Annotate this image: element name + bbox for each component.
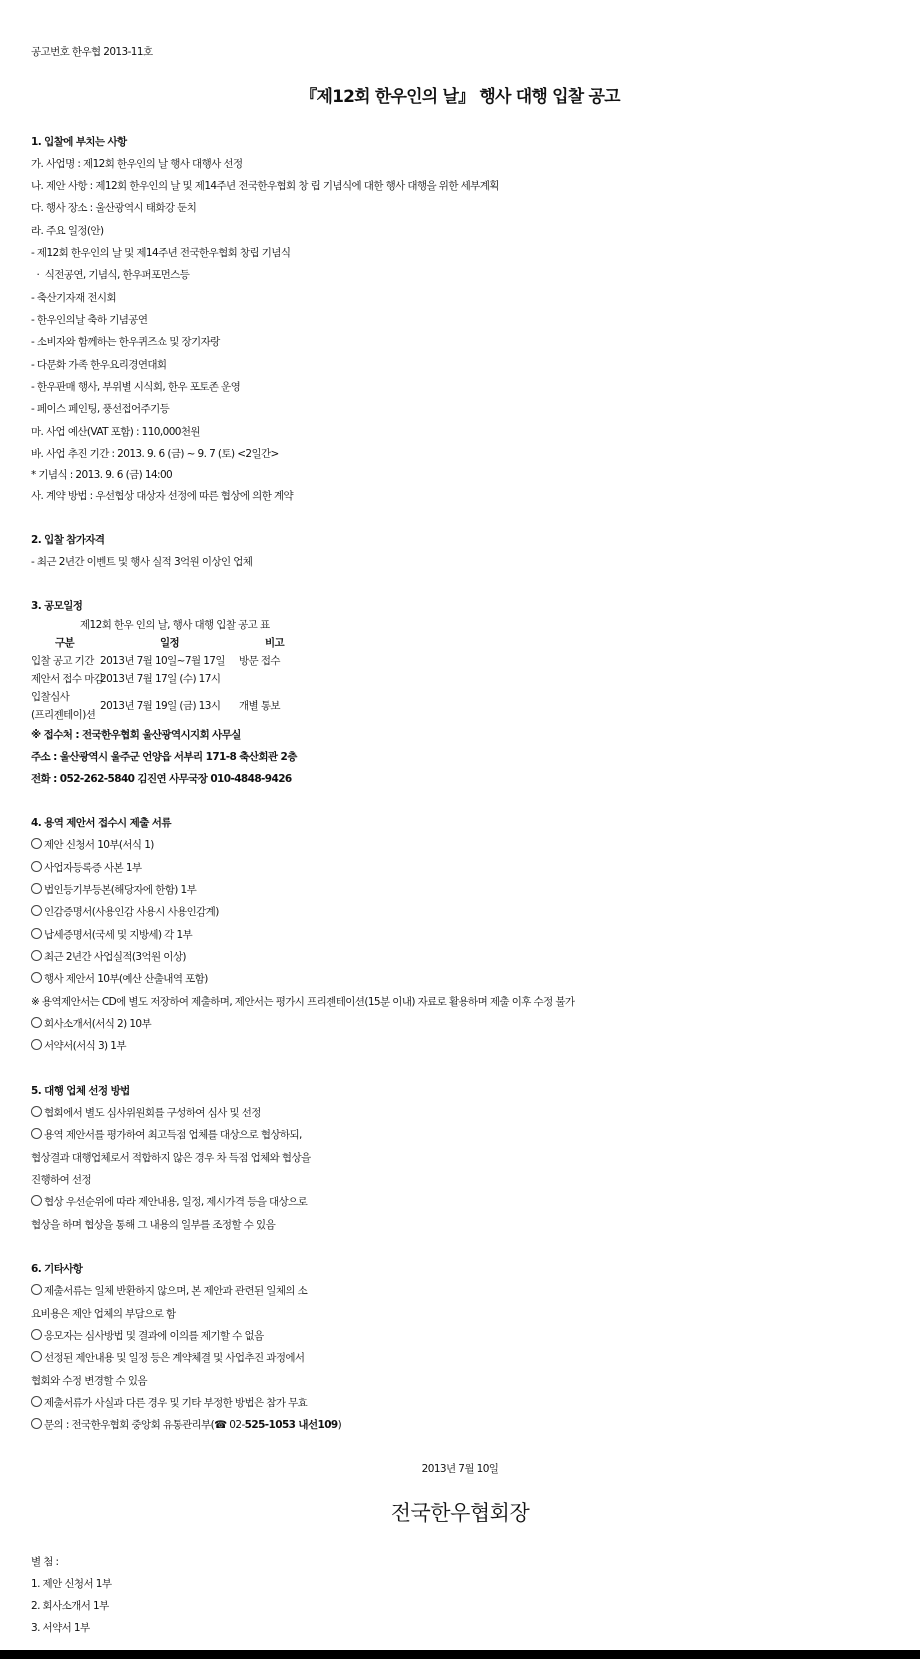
document-item: 회사소개서(서식 2) 10부 — [31, 1017, 151, 1031]
attachment-item: 1. 제안 신청서 1부 — [31, 1577, 111, 1591]
table-header-note: 비고 — [265, 636, 284, 650]
signer-name: 전국한우협회장 — [0, 1499, 920, 1527]
circle-bullet-icon — [31, 883, 42, 894]
section-1-line: 가. 사업명 : 제12회 한우인의 날 행사 대행사 선정 — [31, 157, 243, 171]
section-1-line: - 소비자와 함께하는 한우퀴즈쇼 및 장기자랑 — [31, 335, 220, 349]
document-item: 법인등기부등본(해당자에 한함) 1부 — [31, 883, 196, 897]
section-1-line: 라. 주요 일정(안) — [31, 224, 103, 238]
table-cell-category: 입찰 공고 기간 — [31, 654, 94, 668]
section-2-line: - 최근 2년간 이벤트 및 행사 실적 3억원 이상인 업체 — [31, 555, 252, 569]
circle-bullet-icon — [31, 838, 42, 849]
misc-item: 응모자는 심사방법 및 결과에 이의를 제기할 수 없음 — [31, 1329, 264, 1343]
document-item: 서약서(서식 3) 1부 — [31, 1039, 126, 1053]
section-6-heading: 6. 기타사항 — [31, 1262, 82, 1276]
document-item: 인감증명서(사용인감 사용시 사용인감계) — [31, 905, 219, 919]
contact-address: 주소 : 울산광역시 울주군 언양읍 서부리 171-8 축산회관 2층 — [31, 750, 297, 764]
section-1-contract-method: 사. 계약 방법 : 우선협상 대상자 선정에 따른 협상에 의한 계약 — [31, 489, 293, 503]
table-cell-schedule: 2013년 7월 17일 (수) 17시 — [100, 672, 220, 686]
selection-item: 협회에서 별도 심사위원회를 구성하여 심사 및 선정 — [31, 1106, 261, 1120]
table-cell-note: 개별 통보 — [239, 699, 280, 713]
contact-reception: ※ 접수처 : 전국한우협회 울산광역시지회 사무실 — [31, 728, 241, 742]
selection-item-continued: 협상결과 대행업체로서 적합하지 않은 경우 차 득점 업체와 협상을 — [31, 1151, 311, 1165]
section-2-heading: 2. 입찰 참가자격 — [31, 533, 104, 547]
section-1-ceremony: * 기념식 : 2013. 9. 6 (금) 14:00 — [31, 468, 172, 482]
selection-item: 협상 우선순위에 따라 제안내용, 일정, 제시가격 등을 대상으로 — [31, 1195, 307, 1209]
table-cell-schedule: 2013년 7월 10일~7월 17일 — [100, 654, 225, 668]
inquiry-line: 문의 : 전국한우협회 중앙회 유통관리부(☎ 02-525-1053 내선10… — [31, 1418, 341, 1432]
section-1-period: 바. 사업 추진 기간 : 2013. 9. 6 (금) ~ 9. 7 (토) … — [31, 447, 279, 461]
circle-bullet-icon — [31, 972, 42, 983]
table-cell-note: 방문 접수 — [239, 654, 280, 668]
attachments-label: 별 첨 : — [31, 1555, 59, 1569]
document-item: 제안 신청서 10부(서식 1) — [31, 838, 154, 852]
circle-bullet-icon — [31, 1195, 42, 1206]
notice-number: 공고번호 한우협 2013-11호 — [31, 45, 153, 59]
table-cell-category: 제안서 접수 마감 — [31, 672, 103, 686]
circle-bullet-icon — [31, 861, 42, 872]
misc-item-continued: 요비용은 제안 업체의 부담으로 함 — [31, 1307, 176, 1321]
page-title: 『제12회 한우인의 날』 행사 대행 입찰 공고 — [0, 86, 920, 108]
misc-item: 제출서류는 일체 반환하지 않으며, 본 제안과 관련된 일체의 소 — [31, 1284, 307, 1298]
table-header-category: 구분 — [55, 636, 74, 650]
section-1-line: - 한우인의날 축하 기념공연 — [31, 313, 147, 327]
section-5-heading: 5. 대행 업체 선정 방법 — [31, 1084, 130, 1098]
circle-bullet-icon — [31, 950, 42, 961]
circle-bullet-icon — [31, 1039, 42, 1050]
section-1-line: - 다문화 가족 한우요리경연대회 — [31, 358, 166, 372]
bottom-bar — [0, 1650, 920, 1659]
section-3-heading: 3. 공모일정 — [31, 599, 82, 613]
misc-item: 제출서류가 사실과 다른 경우 및 기타 부정한 방법은 참가 무효 — [31, 1396, 307, 1410]
table-header-schedule: 일정 — [160, 636, 179, 650]
circle-bullet-icon — [31, 905, 42, 916]
selection-item-continued: 협상을 하며 협상을 통해 그 내용의 일부를 조정할 수 있음 — [31, 1218, 275, 1232]
section-1-line: 다. 행사 장소 : 울산광역시 태화강 둔치 — [31, 201, 196, 215]
section-1-line: - 축산기자재 전시회 — [31, 291, 116, 305]
misc-item-continued: 협회와 수정 변경할 수 있음 — [31, 1374, 147, 1388]
section-1-line: - 한우판매 행사, 부위별 시식회, 한우 포토존 운영 — [31, 380, 240, 394]
document-item: 행사 제안서 10부(예산 산출내역 포함) — [31, 972, 208, 986]
attachment-item: 3. 서약서 1부 — [31, 1621, 90, 1635]
phone-icon: ☎ — [214, 1419, 226, 1431]
section-1-line: 나. 제안 사항 : 제12회 한우인의 날 및 제14주년 전국한우협회 창 … — [31, 179, 499, 193]
section-1-line: - 페이스 페인팅, 풍선접어주기등 — [31, 402, 169, 416]
table-cell-category-line1: 입찰심사 — [31, 690, 69, 704]
selection-item-continued: 진행하여 선정 — [31, 1173, 91, 1187]
announcement-date: 2013년 7월 10일 — [0, 1462, 920, 1476]
circle-bullet-icon — [31, 1128, 42, 1139]
document-item: 납세증명서(국세 및 지방세) 각 1부 — [31, 928, 192, 942]
misc-item: 선정된 제안내용 및 일정 등은 계약체결 및 사업추진 과정에서 — [31, 1351, 304, 1365]
circle-bullet-icon — [31, 1106, 42, 1117]
circle-bullet-icon — [31, 1017, 42, 1028]
circle-bullet-icon — [31, 1284, 42, 1295]
section-4-note: ※ 용역제안서는 CD에 별도 저장하여 제출하며, 제안서는 평가시 프리젠테… — [31, 995, 574, 1009]
contact-phone: 전화 : 052-262-5840 김진연 사무국장 010-4848-9426 — [31, 772, 292, 786]
document-item: 최근 2년간 사업실적(3억원 이상) — [31, 950, 186, 964]
table-cell-category-line2: (프리젠테이)션 — [31, 708, 95, 722]
section-4-heading: 4. 용역 제안서 접수시 제출 서류 — [31, 816, 171, 830]
section-1-line: - 제12회 한우인의 날 및 제14주년 전국한우협회 창립 기념식 — [31, 246, 290, 260]
circle-bullet-icon — [31, 1396, 42, 1407]
circle-bullet-icon — [31, 1329, 42, 1340]
circle-bullet-icon — [31, 1418, 42, 1429]
document-item: 사업자등록증 사본 1부 — [31, 861, 141, 875]
attachment-item: 2. 회사소개서 1부 — [31, 1599, 109, 1613]
circle-bullet-icon — [31, 928, 42, 939]
section-1-bullet-line: · 식전공연, 기념식, 한우퍼포먼스등 — [31, 268, 189, 282]
section-1-heading: 1. 입찰에 부치는 사항 — [31, 135, 127, 149]
inquiry-phone-number: 525-1053 내선109 — [245, 1419, 338, 1431]
table-caption: 제12회 한우 인의 날, 행사 대행 입찰 공고 표 — [80, 618, 270, 632]
section-1-budget: 마. 사업 예산(VAT 포함) : 110,000천원 — [31, 425, 200, 439]
selection-item: 용역 제안서를 평가하여 최고득점 업체를 대상으로 협상하되, — [31, 1128, 302, 1142]
table-cell-schedule: 2013년 7월 19일 (금) 13시 — [100, 699, 220, 713]
circle-bullet-icon — [31, 1351, 42, 1362]
announcement-document: 공고번호 한우협 2013-11호 『제12회 한우인의 날』 행사 대행 입찰… — [0, 0, 920, 1650]
